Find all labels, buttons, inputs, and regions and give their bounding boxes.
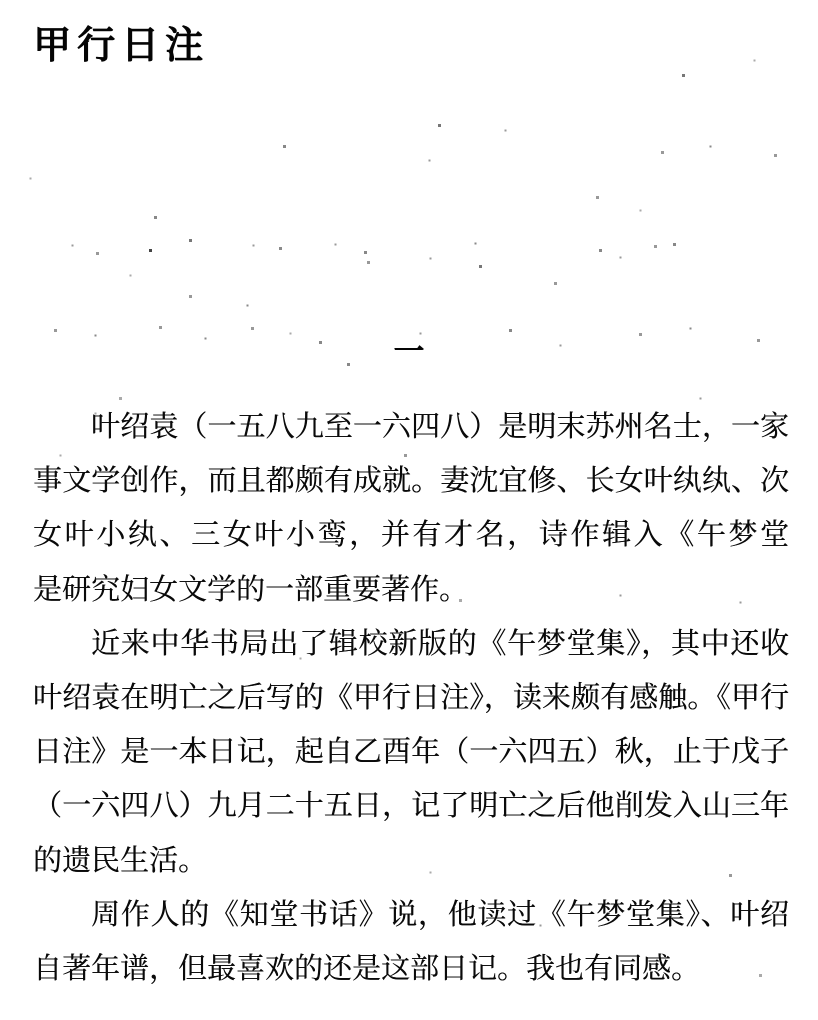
text-line: 叶绍袁（一五八九至一六四八）是明末苏州名士，一家从 — [33, 400, 789, 454]
text-line: 是研究妇女文学的一部重要著作。 — [33, 563, 789, 617]
text-line: 自著年谱，但最喜欢的还是这部日记。我也有同感。 — [33, 942, 789, 996]
text-line: （一六四八）九月二十五日，记了明亡之后他削发入山三年多 — [33, 779, 789, 833]
scan-noise-speckles — [0, 0, 1, 1]
text-line: 日注》是一本日记，起自乙酉年（一六四五）秋，止于戊子年 — [33, 725, 789, 779]
text-line: 叶绍袁在明亡之后写的《甲行日注》，读来颇有感触。《甲行 — [33, 671, 789, 725]
text-line: 事文学创作，而且都颇有成就。妻沈宜修、长女叶纨纨、次 — [33, 454, 789, 508]
paragraph: 周作人的《知堂书话》说，他读过《午梦堂集》、叶绍袁 自著年谱，但最喜欢的还是这部… — [33, 888, 789, 996]
paragraph: 叶绍袁（一五八九至一六四八）是明末苏州名士，一家从 事文学创作，而且都颇有成就。… — [33, 400, 789, 617]
page-title: 甲行日注 — [33, 14, 209, 69]
paragraph: 近来中华书局出了辑校新版的《午梦堂集》，其中还收了 叶绍袁在明亡之后写的《甲行日… — [33, 617, 789, 888]
scanned-book-page: 甲行日注 一 叶绍袁（一五八九至一六四八）是明末苏州名士，一家从 事文学创作，而… — [0, 0, 818, 1020]
text-line: 近来中华书局出了辑校新版的《午梦堂集》，其中还收了 — [33, 617, 789, 671]
text-line: 周作人的《知堂书话》说，他读过《午梦堂集》、叶绍袁 — [33, 888, 789, 942]
text-line: 的遗民生活。 — [33, 834, 789, 888]
text-line: 女叶小纨、三女叶小鸾，并有才名，诗作辑入《午梦堂集》， — [33, 508, 789, 562]
body-text: 叶绍袁（一五八九至一六四八）是明末苏州名士，一家从 事文学创作，而且都颇有成就。… — [33, 400, 789, 996]
section-number-marker: 一 — [0, 326, 818, 371]
